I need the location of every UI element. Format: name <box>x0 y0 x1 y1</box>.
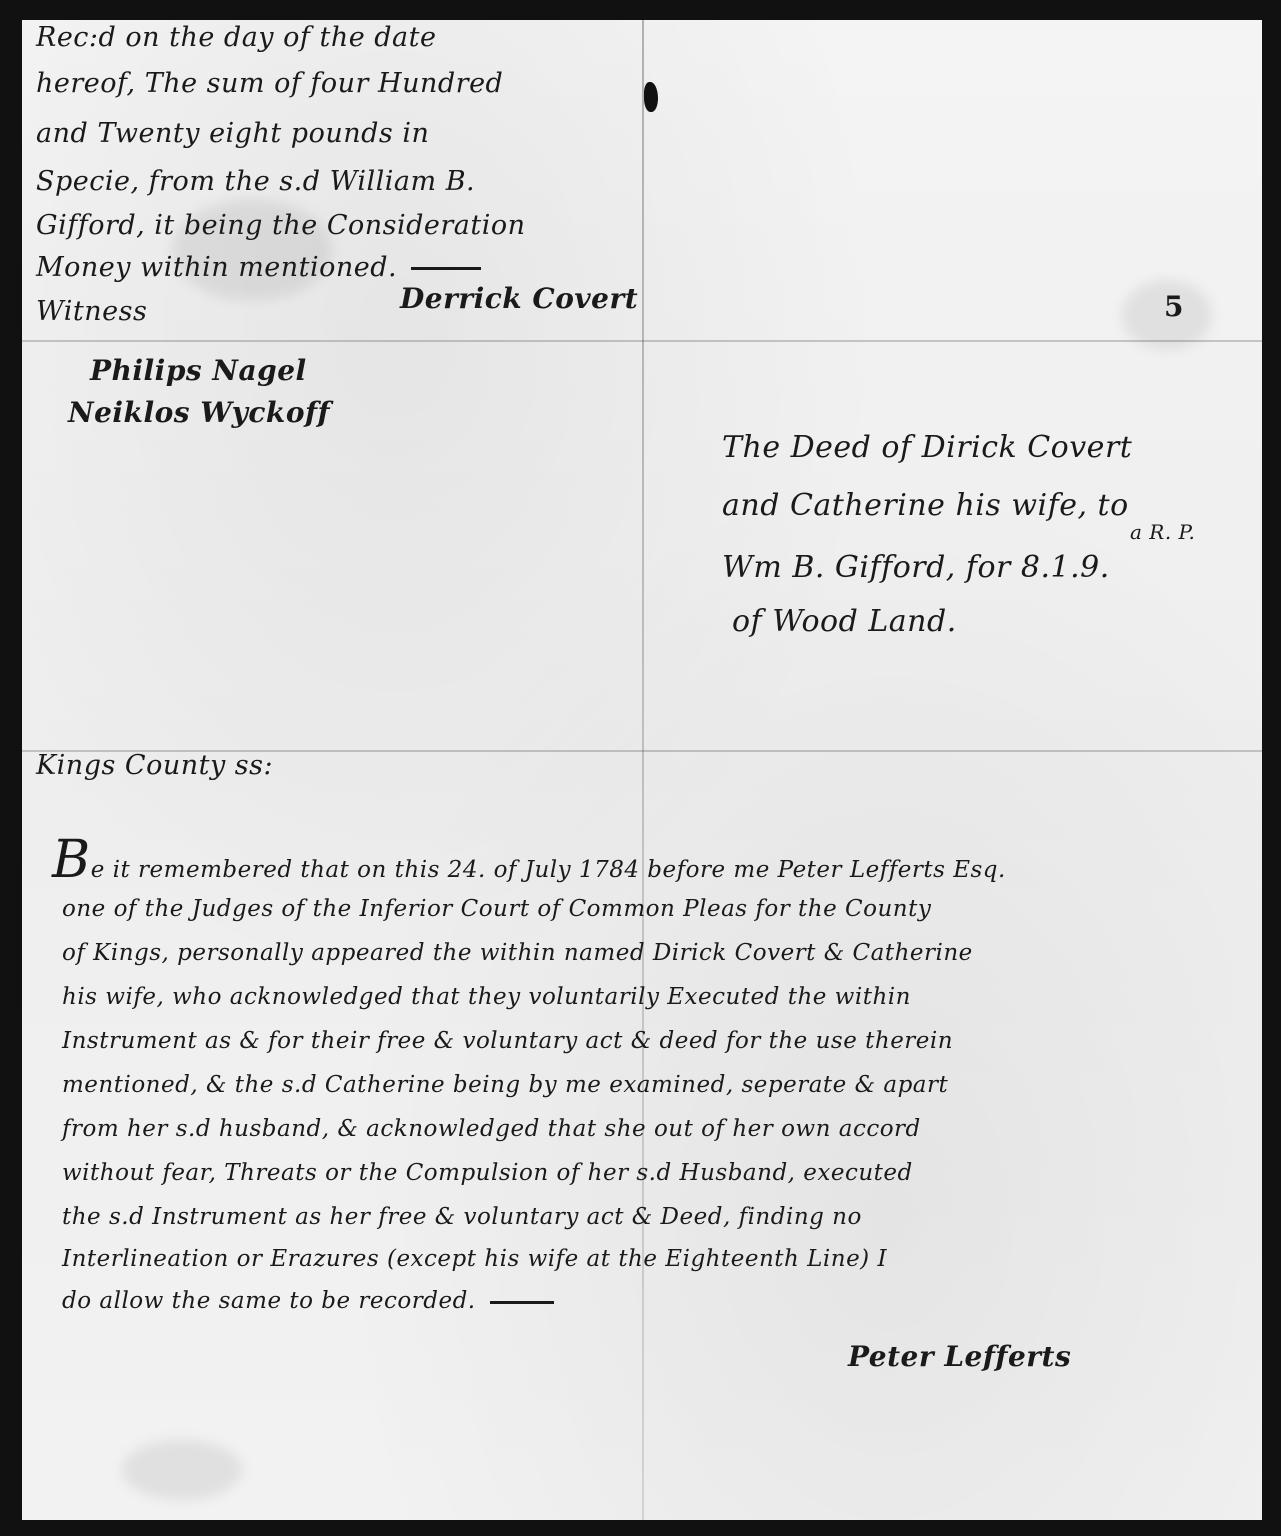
acknowledgment-line: from her s.d husband, & acknowledged tha… <box>62 1116 921 1142</box>
fold-line-horizontal <box>22 340 1262 342</box>
endorsement-annotation: a R. P. <box>1130 520 1195 544</box>
acknowledgment-line: of Kings, personally appeared the within… <box>62 940 973 966</box>
endorsement-line: The Deed of Dirick Covert <box>722 430 1132 465</box>
scan-frame: Rec:d on the day of the date hereof, The… <box>0 0 1281 1536</box>
endorsement-line: of Wood Land. <box>732 604 957 639</box>
venue-heading: Kings County ss: <box>36 750 273 781</box>
endorsement-line: and Catherine his wife, to <box>722 488 1129 523</box>
flourish-line <box>411 267 481 270</box>
receipt-line: Gifford, it being the Consideration <box>36 210 526 241</box>
acknowledgment-line: without fear, Threats or the Compulsion … <box>62 1160 913 1186</box>
acknowledgment-line: Interlineation or Erazures (except his w… <box>62 1246 887 1272</box>
witness-signature: Neiklos Wyckoff <box>68 396 330 429</box>
flourish-line <box>490 1301 554 1304</box>
receipt-line: Specie, from the s.d William B. <box>36 166 475 197</box>
acknowledgment-line: the s.d Instrument as her free & volunta… <box>62 1204 862 1230</box>
witness-label: Witness <box>36 296 147 327</box>
acknowledgment-line: his wife, who acknowledged that they vol… <box>62 984 911 1010</box>
drop-initial: B <box>52 830 91 890</box>
witness-signature: Philips Nagel <box>90 354 307 387</box>
judge-signature: Peter Lefferts <box>848 1340 1071 1373</box>
acknowledgment-line: do allow the same to be recorded. <box>62 1288 476 1314</box>
margin-mark: 5 <box>1164 290 1184 323</box>
receipt-line: Money within mentioned. <box>36 252 397 283</box>
endorsement-line: Wm B. Gifford, for 8.1.9. <box>722 550 1110 585</box>
ink-blot <box>644 82 658 112</box>
receipt-line: and Twenty eight pounds in <box>36 118 429 149</box>
fold-line-vertical <box>642 20 644 1520</box>
receipt-line: Rec:d on the day of the date <box>36 22 436 53</box>
document-page: Rec:d on the day of the date hereof, The… <box>22 20 1262 1520</box>
acknowledgment-line: mentioned, & the s.d Catherine being by … <box>62 1072 948 1098</box>
acknowledgment-line: Instrument as & for their free & volunta… <box>62 1028 953 1054</box>
receipt-line: hereof, The sum of four Hundred <box>36 68 503 99</box>
acknowledgment-line: one of the Judges of the Inferior Court … <box>62 896 931 922</box>
grantor-signature: Derrick Covert <box>400 282 638 315</box>
acknowledgment-line: e it remembered that on this 24. of July… <box>91 857 1006 883</box>
water-stain <box>122 1440 242 1500</box>
